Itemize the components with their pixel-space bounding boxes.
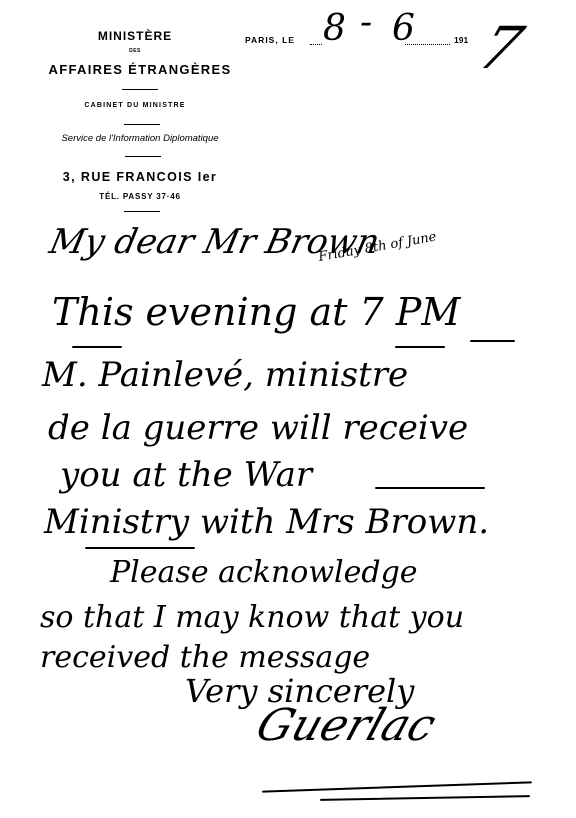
- letter-line-6: Please acknowledge: [110, 555, 418, 590]
- letterhead-divider: [125, 156, 161, 157]
- underline: [395, 346, 445, 348]
- date-separator: -: [360, 2, 372, 43]
- date-place-label: PARIS, LE: [245, 35, 295, 45]
- letterhead-cabinet: CABINET DU MINISTRE: [40, 102, 230, 109]
- letter-page: MINISTÈRE DES AFFAIRES ÉTRANGÈRES CABINE…: [0, 0, 576, 818]
- underline: [375, 487, 485, 489]
- letterhead-des: DES: [60, 48, 210, 54]
- date-year-prefix: 191: [454, 35, 468, 45]
- underline: [85, 547, 195, 549]
- letterhead-address: 3, RUE FRANCOIS Ier: [30, 170, 250, 184]
- letterhead-ministry: MINISTÈRE: [60, 29, 210, 43]
- letter-signature: Guerlac: [250, 700, 442, 751]
- signature-flourish: [262, 781, 532, 792]
- signature-flourish: [320, 795, 530, 801]
- letter-line-3: de la guerre will receive: [48, 408, 468, 448]
- letterhead-affaires-etrangeres: AFFAIRES ÉTRANGÈRES: [20, 62, 260, 77]
- date-dotted-line: [405, 44, 450, 45]
- letter-line-7: so that I may know that you: [40, 600, 464, 635]
- letter-line-1: This evening at 7 PM: [52, 290, 460, 334]
- letter-line-4: you at the War: [60, 455, 312, 495]
- letter-line-8: received the message: [40, 640, 370, 675]
- letterhead-divider: [124, 211, 160, 212]
- letterhead-service: Service de l'Information Diplomatique: [20, 133, 260, 144]
- underline: [72, 346, 122, 348]
- letter-line-5: Ministry with Mrs Brown.: [44, 502, 489, 542]
- date-month: 6: [392, 8, 415, 49]
- date-dotted-line: [310, 44, 322, 45]
- letterhead-telephone: TÉL. PASSY 37·46: [60, 192, 220, 201]
- date-day: 8: [323, 8, 346, 49]
- letterhead-divider: [124, 124, 160, 125]
- underline: [470, 340, 515, 342]
- date-year-suffix: 7: [470, 14, 532, 82]
- letterhead-divider: [122, 89, 158, 90]
- letter-line-2: M. Painlevé, ministre: [42, 355, 408, 395]
